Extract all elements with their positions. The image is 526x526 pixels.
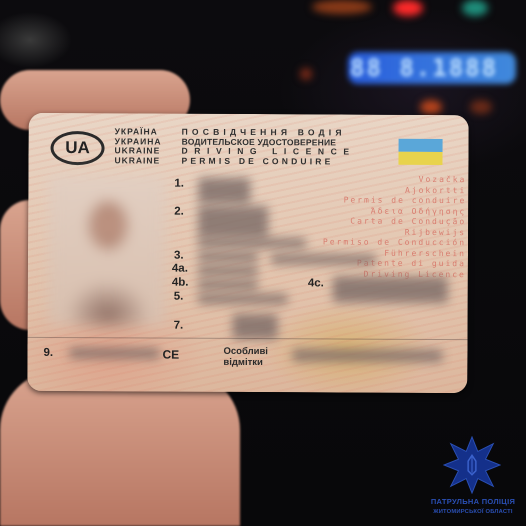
bokeh-light-teal bbox=[462, 0, 488, 16]
redacted-issuer bbox=[333, 276, 448, 303]
field-label-3: 3. bbox=[174, 250, 184, 262]
watermark-line2: ЖИТОМИРСЬКОЇ ОБЛАСТІ bbox=[420, 509, 526, 515]
card-divider bbox=[28, 337, 468, 340]
country-badge: UA bbox=[50, 131, 104, 165]
redacted-licence-number bbox=[198, 294, 288, 304]
bokeh-light-red bbox=[393, 0, 423, 16]
redacted-categories bbox=[69, 348, 159, 358]
redacted-given-names-2 bbox=[198, 238, 306, 249]
dashboard-display: 88 8.1888 bbox=[350, 54, 516, 84]
redacted-expiry-date bbox=[198, 280, 258, 290]
redacted-surname bbox=[198, 178, 250, 204]
palm bbox=[0, 370, 240, 526]
police-star-icon bbox=[443, 436, 501, 494]
bokeh-light-orange bbox=[312, 0, 372, 14]
redacted-issue-date bbox=[198, 266, 258, 276]
field-label-1: 1. bbox=[174, 178, 184, 190]
field-label-9: 9. bbox=[43, 347, 53, 359]
driving-licence-card: UA УКРАЇНА УКРАИНА UKRAINE UKRAINE ПОСВІ… bbox=[27, 113, 468, 393]
field-label-4b: 4b. bbox=[172, 277, 189, 289]
field-label-4a: 4a. bbox=[172, 263, 188, 275]
licence-category: CE bbox=[162, 348, 179, 362]
bokeh-light-orange bbox=[300, 68, 312, 80]
watermark-line1: ПАТРУЛЬНА ПОЛІЦІЯ bbox=[420, 497, 526, 506]
holder-photo-blurred bbox=[48, 175, 167, 326]
field-label-5: 5. bbox=[174, 291, 184, 303]
licence-titles: ПОСВІДЧЕННЯ ВОДІЯ ВОДИТЕЛЬСКОЕ УДОСТОВЕР… bbox=[181, 128, 355, 167]
special-remarks-label: Особливі відмітки bbox=[223, 346, 268, 368]
redacted-birth-place bbox=[271, 254, 376, 265]
patrol-police-watermark: ПАТРУЛЬНА ПОЛІЦІЯ ЖИТОМИРСЬКОЇ ОБЛАСТІ bbox=[420, 428, 526, 526]
field-label-2: 2. bbox=[174, 206, 184, 218]
redacted-remarks bbox=[292, 349, 442, 362]
bokeh-light-orange bbox=[470, 100, 492, 114]
country-names: УКРАЇНА УКРАИНА UKRAINE UKRAINE bbox=[114, 127, 161, 165]
redacted-given-names bbox=[198, 206, 268, 238]
ukraine-flag-icon bbox=[398, 139, 442, 165]
redacted-signature bbox=[233, 314, 278, 339]
redacted-birth-data bbox=[198, 252, 258, 262]
field-label-4c: 4c. bbox=[308, 277, 324, 289]
field-label-7: 7. bbox=[174, 320, 184, 332]
bokeh-light-orange bbox=[420, 100, 442, 114]
